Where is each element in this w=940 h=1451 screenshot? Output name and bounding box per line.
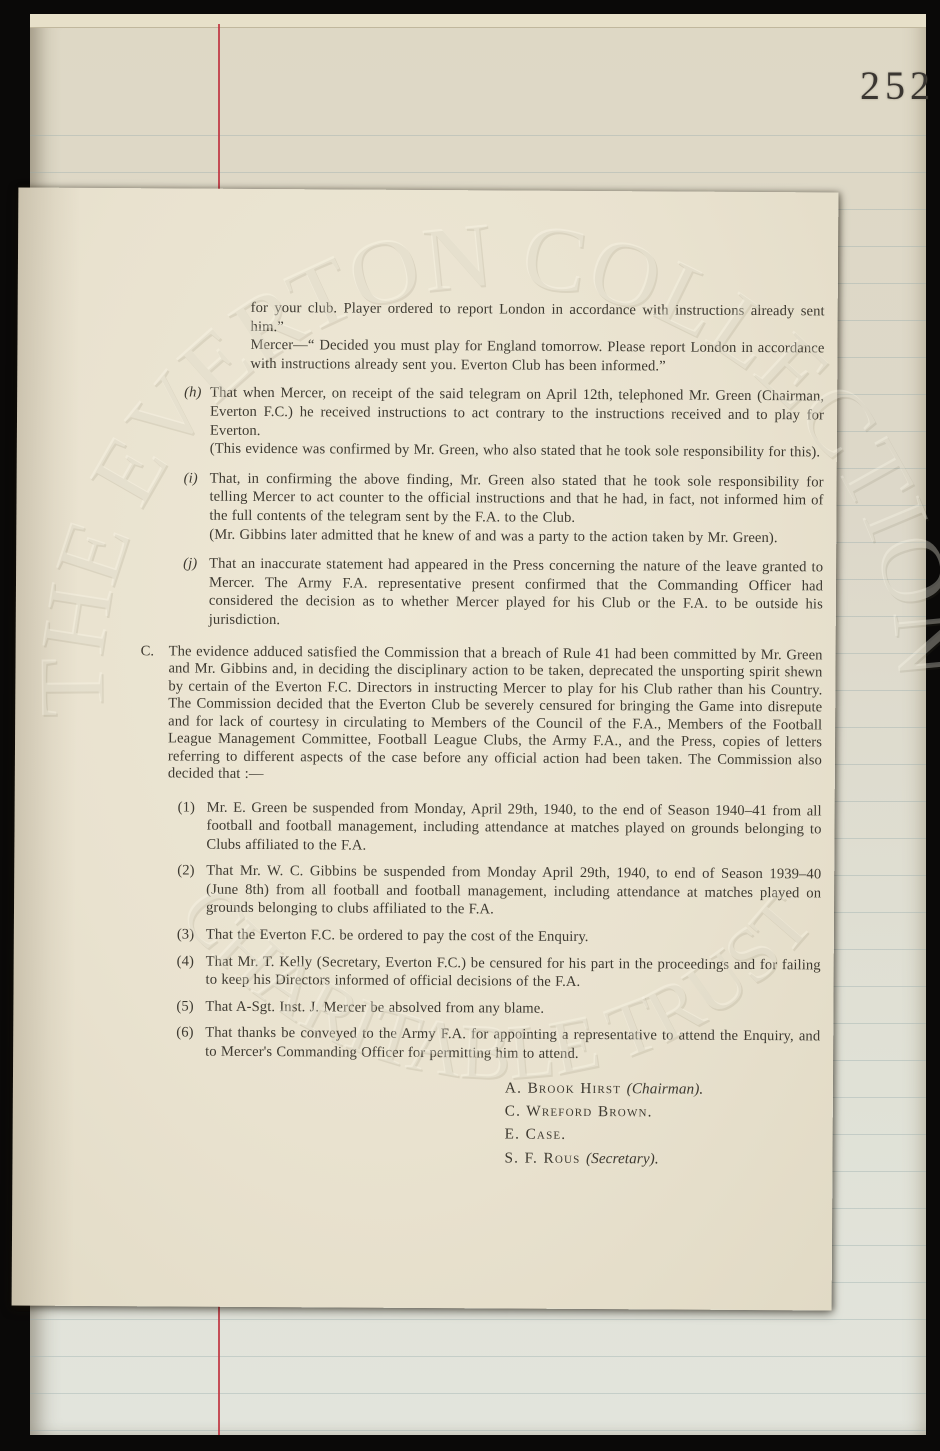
decision-label: (6) xyxy=(176,1024,205,1061)
section-c: C. The evidence adduced satisfied the Co… xyxy=(140,643,823,787)
signature-line: C. Wreford Brown. xyxy=(505,1100,820,1125)
finding-label: (i) xyxy=(183,469,209,544)
decision-body: That Mr. T. Kelly (Secretary, Everton F.… xyxy=(206,952,821,993)
finding-label: (h) xyxy=(184,384,210,459)
decision-body: Mr. E. Green be suspended from Monday, A… xyxy=(206,798,821,858)
decision-item-3: (3) That the Everton F.C. be ordered to … xyxy=(139,925,821,948)
signatory-name: S. F. Rous xyxy=(504,1149,586,1166)
document-sheet: for your club. Player ordered to report … xyxy=(12,188,839,1311)
decision-label: (5) xyxy=(176,997,205,1016)
finding-label: (j) xyxy=(183,555,209,630)
decision-body: That A-Sgt. Inst. J. Mercer be absolved … xyxy=(205,998,820,1020)
document-text: for your club. Player ordered to report … xyxy=(137,298,824,1171)
signature-block: A. Brook Hirst (Chairman). C. Wreford Br… xyxy=(504,1076,820,1172)
photo-frame: 252 for your club. Player ordered to rep… xyxy=(0,0,940,1451)
finding-note: (This evidence was confirmed by Mr. Gree… xyxy=(210,440,824,462)
decision-label: (2) xyxy=(177,862,206,918)
section-c-body: The evidence adduced satisfied the Commi… xyxy=(168,643,823,787)
signatory-name: C. Wreford Brown. xyxy=(505,1103,653,1121)
decision-item-5: (5) That A-Sgt. Inst. J. Mercer be absol… xyxy=(138,997,820,1020)
signatory-name: A. Brook Hirst xyxy=(505,1079,627,1097)
finding-item-j: (j) That an inaccurate statement had app… xyxy=(141,554,823,633)
decision-body: That thanks be conveyed to the Army F.A.… xyxy=(205,1024,820,1065)
signature-line: E. Case. xyxy=(505,1123,820,1148)
signatory-name: E. Case. xyxy=(505,1126,567,1143)
decision-body: That the Everton F.C. be ordered to pay … xyxy=(206,926,821,948)
signature-line: S. F. Rous (Secretary). xyxy=(504,1146,819,1171)
decision-item-6: (6) That thanks be conveyed to the Army … xyxy=(138,1024,820,1065)
finding-body: That an inaccurate statement had appeare… xyxy=(209,555,823,633)
finding-item-i: (i) That, in confirming the above findin… xyxy=(141,469,823,548)
section-c-label: C. xyxy=(140,643,169,783)
telegram-quote-para: for your club. Player ordered to report … xyxy=(251,299,825,340)
decision-label: (4) xyxy=(177,952,206,989)
finding-body: That, in confirming the above finding, M… xyxy=(209,469,823,529)
signature-line: A. Brook Hirst (Chairman). xyxy=(505,1076,820,1101)
page-number-stamp: 252 xyxy=(860,62,935,109)
signatory-role: (Chairman). xyxy=(627,1080,704,1097)
signatory-role: (Secretary). xyxy=(586,1150,659,1167)
decision-item-1: (1) Mr. E. Green be suspended from Monda… xyxy=(139,798,821,858)
decision-body: That Mr. W. C. Gibbins be suspended from… xyxy=(206,862,821,922)
page-top-edge xyxy=(30,14,926,28)
decision-label: (3) xyxy=(177,926,206,945)
finding-body: That when Mercer, on receipt of the said… xyxy=(210,384,824,444)
telegram-quote-para: Mercer—“ Decided you must play for Engla… xyxy=(250,336,824,377)
decision-label: (1) xyxy=(177,798,206,854)
decision-item-4: (4) That Mr. T. Kelly (Secretary, Everto… xyxy=(139,952,821,993)
finding-item-h: (h) That when Mercer, on receipt of the … xyxy=(142,384,824,463)
finding-note: (Mr. Gibbins later admitted that he knew… xyxy=(209,525,823,547)
decision-item-2: (2) That Mr. W. C. Gibbins be suspended … xyxy=(139,862,821,922)
